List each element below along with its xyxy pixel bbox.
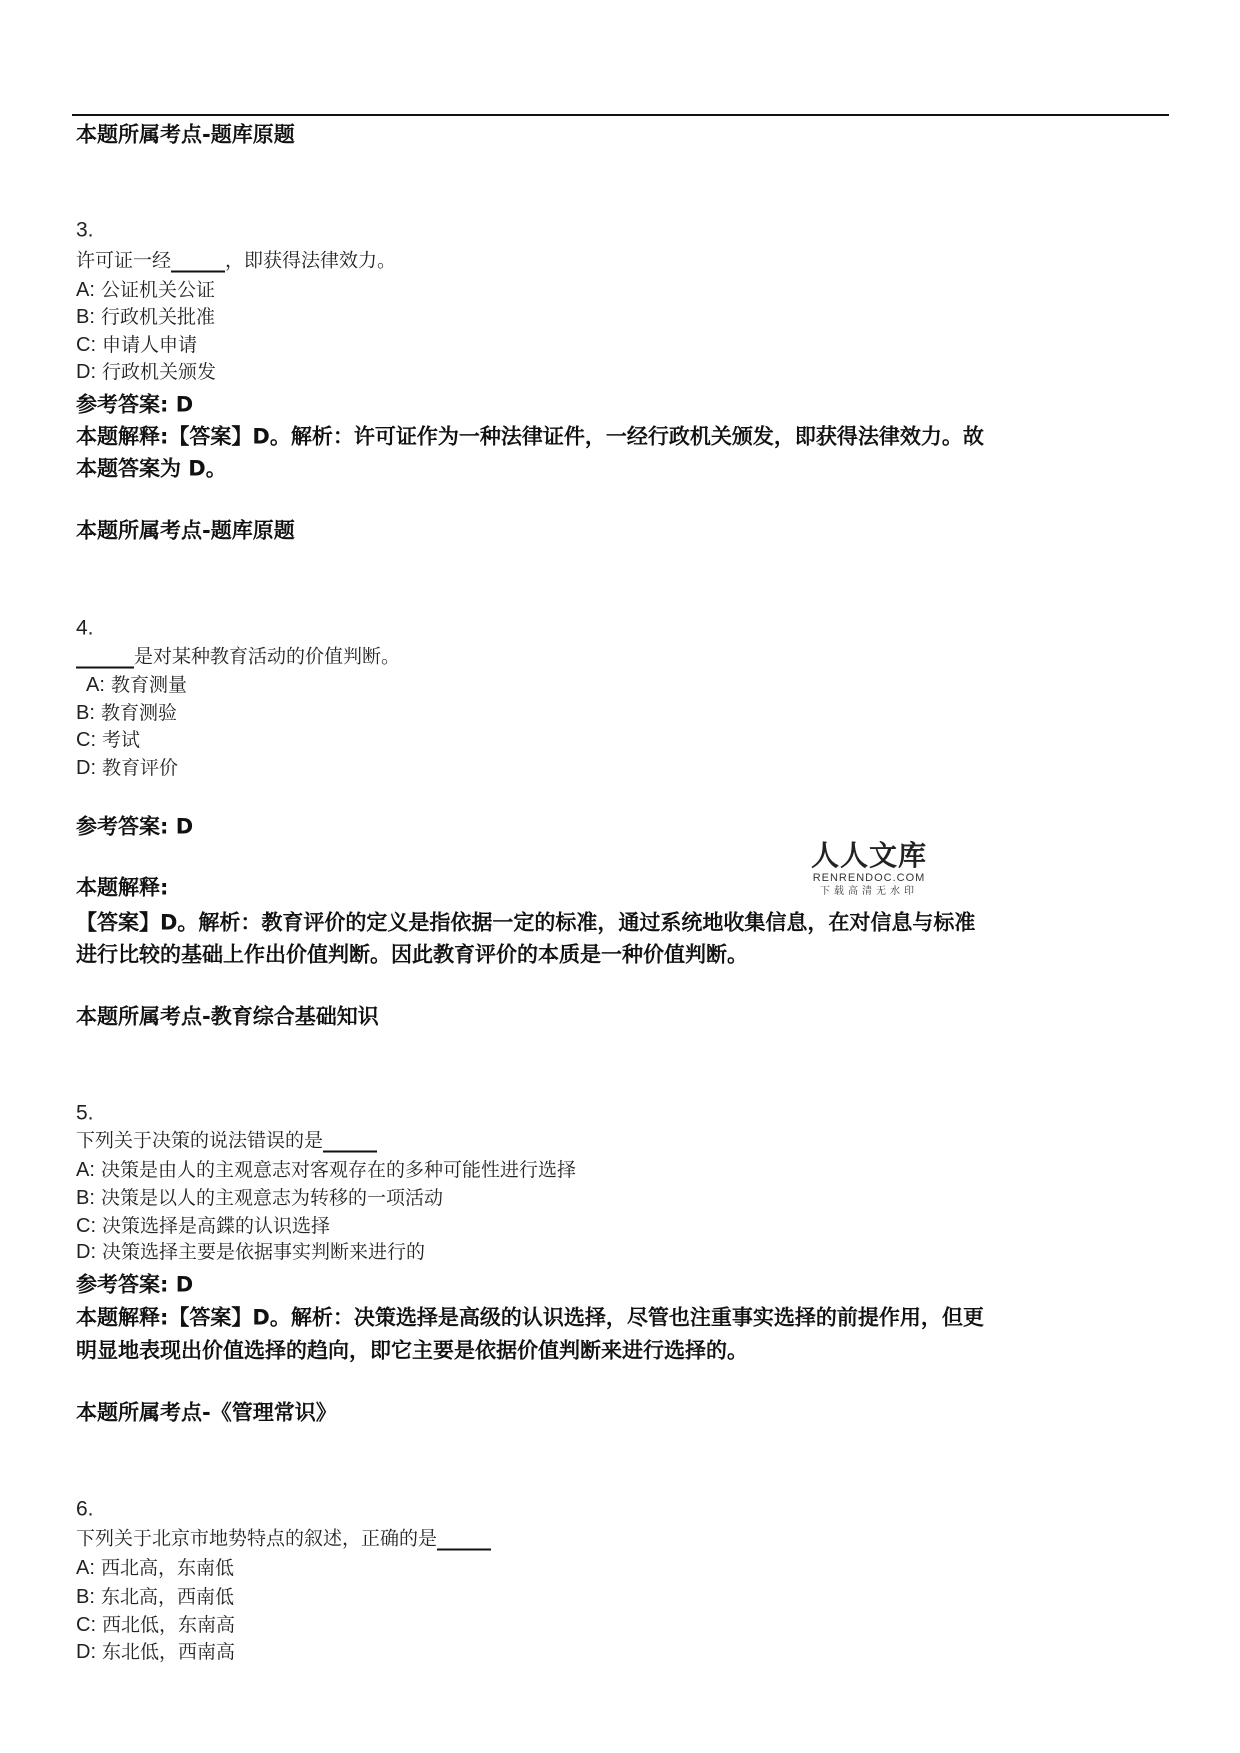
answer-blank: [323, 1132, 377, 1153]
option-a: A: 西北高，东南低: [76, 1558, 234, 1578]
option-a: A: 决策是由人的主观意志对客观存在的多种可能性进行选择: [76, 1160, 576, 1180]
reference-answer: 参考答案: D: [76, 817, 193, 838]
explanation-line: 明显地表现出价值选择的趋向，即它主要是依据价值判断来进行选择的。: [76, 1341, 748, 1362]
explanation-line: 【答案】D。解析：教育评价的定义是指依据一定的标准，通过系统地收集信息，在对信息…: [76, 913, 975, 934]
topic-label: 本题所属考点-《管理常识》: [76, 1403, 337, 1424]
option-d: D: 东北低，西南高: [76, 1642, 235, 1662]
option-c: C: 考试: [76, 730, 140, 750]
explanation-line: 本题答案为 D。: [76, 459, 227, 480]
question-stem: 下列关于北京市地势特点的叙述，正确的是: [76, 1530, 491, 1551]
question-stem: 是对某种教育活动的价值判断。: [76, 648, 400, 669]
option-c: C: 西北低，东南高: [76, 1615, 235, 1635]
watermark-logo: 人人文库 RENRENDOC.COM 下载高清无水印: [806, 840, 932, 898]
option-b: B: 教育测验: [76, 703, 177, 723]
question-stem: 下列关于决策的说法错误的是: [76, 1132, 377, 1153]
option-b: B: 东北高，西南低: [76, 1587, 234, 1607]
option-c: C: 决策选择是高鍱的认识选择: [76, 1216, 330, 1236]
watermark-domain: RENRENDOC.COM: [806, 872, 932, 885]
question-stem: 许可证一经 ，即获得法律效力。: [76, 252, 396, 273]
option-a: A: 公证机关公证: [76, 280, 215, 300]
option-b: B: 决策是以人的主观意志为转移的一项活动: [76, 1188, 443, 1208]
option-a: A: 教育测量: [86, 675, 187, 695]
question-number: 3.: [76, 220, 94, 241]
topic-label: 本题所属考点-题库原题: [76, 125, 295, 146]
reference-answer: 参考答案: D: [76, 1275, 193, 1296]
watermark-title: 人人文库: [806, 840, 932, 872]
explanation-label: 本题解释:: [76, 878, 168, 899]
reference-answer: 参考答案: D: [76, 395, 193, 416]
answer-blank: [76, 648, 134, 669]
answer-blank: [171, 252, 225, 273]
explanation-line: 本题解释:【答案】D。解析：决策选择是高级的认识选择，尽管也注重事实选择的前提作…: [76, 1308, 984, 1329]
option-d: D: 决策选择主要是依据事实判断来进行的: [76, 1242, 425, 1262]
question-number: 4.: [76, 618, 94, 639]
explanation-line: 进行比较的基础上作出价值判断。因此教育评价的本质是一种价值判断。: [76, 945, 748, 966]
option-c: C: 申请人申请: [76, 335, 197, 355]
header-rule: [72, 114, 1169, 116]
explanation-line: 本题解释:【答案】D。解析：许可证作为一种法律证件，一经行政机关颁发，即获得法律…: [76, 427, 984, 448]
answer-blank: [437, 1530, 491, 1551]
watermark-slogan: 下载高清无水印: [806, 885, 932, 898]
question-number: 5.: [76, 1103, 94, 1124]
topic-label: 本题所属考点-题库原题: [76, 521, 295, 542]
option-b: B: 行政机关批准: [76, 307, 215, 327]
option-d: D: 行政机关颁发: [76, 362, 216, 382]
topic-label: 本题所属考点-教育综合基础知识: [76, 1007, 379, 1028]
option-d: D: 教育评价: [76, 758, 178, 778]
question-number: 6.: [76, 1499, 94, 1520]
